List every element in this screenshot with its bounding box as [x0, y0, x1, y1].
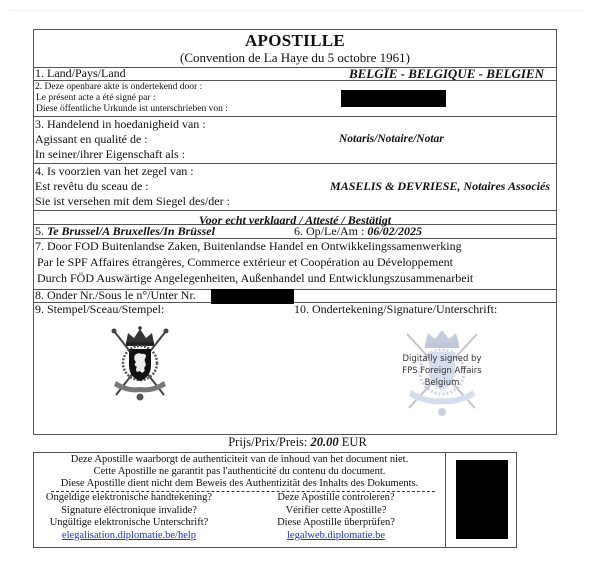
verify-fr: Vérifier cette Apostille? [241, 505, 431, 518]
field-place-date: 5. Te Brussel/A Bruxelles/In Brüssel 6. … [34, 225, 556, 239]
signer-name-redaction [341, 90, 446, 107]
field-signed-by: 2. Deze openbare akte is ondertekend doo… [34, 81, 556, 117]
top-divider [10, 10, 585, 11]
signed-by-label-de: Diese öffentliche Urkunde ist unterschri… [36, 104, 228, 116]
signature-label: 10. Ondertekening/Signature/Unterschrift… [294, 302, 497, 317]
certificate-title: APOSTILLE [34, 30, 556, 50]
disclaimer-box: Deze Apostille waarborgt de authenticite… [33, 452, 446, 548]
invalid-nl: Ongeldige elektronische handtekening? [34, 492, 224, 505]
authority-nl: 7. Door FOD Buitenlandse Zaken, Buitenla… [35, 239, 462, 254]
apostille-certificate: APOSTILLE (Convention de La Haye du 5 oc… [33, 29, 557, 435]
price-label: Prijs/Prix/Preis: [228, 435, 310, 449]
authority-fr: Par le SPF Affaires étrangères, Commerce… [37, 255, 453, 270]
price-amount: 20.00 [311, 435, 339, 449]
signed-by-label-nl: 2. Deze openbare akte is ondertekend doo… [35, 82, 202, 94]
certificate-header: APOSTILLE (Convention de La Haye du 5 oc… [34, 30, 556, 68]
field-authority: 7. Door FOD Buitenlandse Zaken, Buitenla… [34, 239, 556, 290]
certified-banner: Voor echt verklaard / Attesté / Bestätig… [34, 211, 556, 225]
place-value: Te Brussel/A Bruxelles/In Brüssel [47, 224, 215, 238]
price-currency: EUR [339, 435, 367, 449]
digital-signature: Digitally signed by FPS Foreign Affairs … [387, 322, 497, 422]
help-link[interactable]: elegalisation.diplomatie.be/help [62, 530, 196, 541]
seal-value: MASELIS & DEVRIESE, Notaires Associés [330, 179, 550, 194]
field-seal: 4. Is voorzien van het zegel van : Est r… [34, 164, 556, 211]
belgian-coat-of-arms-icon [100, 323, 180, 403]
place-field: 5. Te Brussel/A Bruxelles/In Brüssel [35, 224, 215, 239]
capacity-label-nl: 3. Handelend in hoedanigheid van : [35, 117, 206, 132]
convention-subtitle: (Convention de La Haye du 5 octobre 1961… [34, 50, 556, 65]
invalid-de: Ungültige elektronische Unterschrift? [34, 517, 224, 530]
country-label: 1. Land/Pays/Land [35, 66, 126, 81]
qr-code-box [446, 452, 517, 548]
capacity-value: Notaris/Notaire/Notar [339, 132, 444, 147]
field-stamp-signature: 9. Stempel/Sceau/Stempel: 10. Onderteken… [34, 303, 556, 434]
date-label: 6. Op/Le/Am : [294, 224, 367, 238]
disclaimer-de: Diese Apostille dient nicht dem Beweis d… [34, 478, 445, 490]
date-value: 06/02/2025 [367, 224, 422, 238]
disclaimer-nl: Deze Apostille waarborgt de authenticite… [34, 454, 445, 466]
number-label: 8. Onder Nr./Sous le n°/Unter Nr. [35, 288, 196, 303]
field-country: 1. Land/Pays/Land BELGÏE - BELGIQUE - BE… [34, 68, 556, 81]
seal-label-de: Sie ist versehen mit dem Siegel des/der … [35, 194, 230, 209]
capacity-label-de: In seiner/ihrer Eigenschaft als : [35, 147, 185, 162]
price-row: Prijs/Prix/Preis: 20.00 EUR [0, 435, 595, 450]
signature-line-1: Digitally signed by [387, 353, 497, 365]
verify-link[interactable]: legalweb.diplomatie.be [287, 530, 385, 541]
place-prefix: 5. [35, 224, 47, 238]
authority-de: Durch FÖD Auswärtige Angelegenheiten, Au… [37, 271, 473, 286]
country-value: BELGÏE - BELGIQUE - BELGIEN [349, 66, 544, 81]
seal-label-nl: 4. Is voorzien van het zegel van : [35, 164, 194, 179]
invalid-fr: Signature éléctronique invalide? [34, 505, 224, 518]
disclaimer-fr: Cette Apostille ne garantit pas l'authen… [34, 466, 445, 478]
verify-nl: Deze Apostille controleren? [241, 492, 431, 505]
signed-by-label-fr: Le présent acte a été signé par : [36, 93, 155, 105]
number-redaction [211, 289, 294, 304]
signature-line-3: Belgium [387, 377, 497, 389]
signature-text: Digitally signed by FPS Foreign Affairs … [387, 353, 497, 389]
verify-apostille: Deze Apostille controleren? Vérifier cet… [241, 492, 431, 542]
seal-label-fr: Est revêtu du sceau de : [35, 179, 149, 194]
verify-de: Diese Apostille überprüfen? [241, 517, 431, 530]
signature-line-2: FPS Foreign Affairs [387, 365, 497, 377]
capacity-label-fr: Agissant en qualité de : [35, 132, 148, 147]
qr-code-redaction [456, 460, 508, 539]
stamp-label: 9. Stempel/Sceau/Stempel: [35, 302, 164, 317]
invalid-signature-help: Ongeldige elektronische handtekening? Si… [34, 492, 224, 542]
field-capacity: 3. Handelend in hoedanigheid van : Agiss… [34, 117, 556, 164]
date-field: 6. Op/Le/Am : 06/02/2025 [294, 224, 422, 239]
